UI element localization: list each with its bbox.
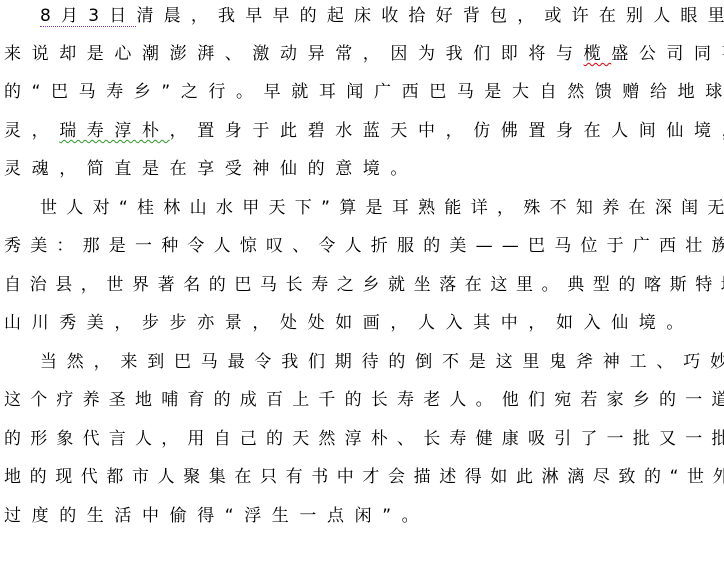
paragraph-1-line-1: 8月3日清晨，我早早的起床收拾好背包，或许在别人眼里这是平常的一天，但对我 [40,2,724,30]
text-run: 这个疗养圣地哺育的成百上千的长寿老人。他们宛若家乡的一道道风景线，又好似家乡 [4,390,724,410]
text-run: 清晨，我早早的起床收拾好背包，或许在别人眼里这是平常的一天，但对我 [136,6,724,26]
paragraph-3-line-4: 地的现代都市人聚集在只有书中才会描述得如此淋漓尽致的“世外桃源”，在繁华与喧嚣 [4,463,724,491]
text-run: 地的现代都市人聚集在只有书中才会描述得如此淋漓尽致的“世外桃源”，在繁华与喧嚣 [4,467,724,487]
text-run: 过度的生活中偷得“浮生一点闲”。 [4,506,429,526]
text-run: 的“巴马寿乡”之行。早就耳闻广西巴马是大自然馈赠给地球的美丽礼物，那里人杰地 [4,82,724,102]
paragraph-1-line-5: 灵魂，简直是在享受神仙的意境。 [4,155,418,183]
paragraph-2-line-2: 秀美：那是一种令人惊叹、令人折服的美——巴马位于广西壮族自治区西北部巴马瑶族 [4,232,724,260]
text-run: 山川秀美，步步亦景，处处如画，人入其中，如入仙境。 [4,313,694,333]
paragraph-3-line-3: 的形象代言人，用自己的天然淳朴、长寿健康吸引了一批又一批的游人来此，让世界各 [4,425,724,453]
paragraph-1-line-3: 的“巴马寿乡”之行。早就耳闻广西巴马是大自然馈赠给地球的美丽礼物，那里人杰地 [4,78,724,106]
text-run: ，置身于此碧水蓝天中，仿佛置身在人间仙境，既净化了心灵，又荡涤了 [170,121,724,141]
text-run: 灵， [4,121,59,141]
date-text-dotted-underline: 8月3日 [40,6,136,27]
text-run: 来说却是心潮澎湃、激动异常，因为我们即将与 [4,44,584,64]
text-run: 的形象代言人，用自己的天然淳朴、长寿健康吸引了一批又一批的游人来此，让世界各 [4,429,724,449]
paragraph-3-line-1: 当然，来到巴马最令我们期待的倒不是这里鬼斧神工、巧妙绝伦的自然风景，而是 [40,348,724,376]
text-run: 秀美：那是一种令人惊叹、令人折服的美——巴马位于广西壮族自治区西北部巴马瑶族 [4,236,724,256]
paragraph-3-line-5: 过度的生活中偷得“浮生一点闲”。 [4,502,429,530]
paragraph-3-line-2: 这个疗养圣地哺育的成百上千的长寿老人。他们宛若家乡的一道道风景线，又好似家乡 [4,386,724,414]
paragraph-2-line-1: 世人对“桂林山水甲天下”算是耳熟能详，殊不知养在深闺无人识的巴马是何等的 [40,194,724,222]
paragraph-1-line-4: 灵，瑞寿淳朴，置身于此碧水蓝天中，仿佛置身在人间仙境，既净化了心灵，又荡涤了 [4,117,724,145]
spellcheck-flagged-word[interactable]: 榄 [584,44,612,64]
text-run: 世人对“桂林山水甲天下”算是耳熟能详，殊不知养在深闺无人识的巴马是何等的 [40,198,724,218]
paragraph-2-line-4: 山川秀美，步步亦景，处处如画，人入其中，如入仙境。 [4,309,694,337]
text-run: 灵魂，简直是在享受神仙的意境。 [4,159,418,179]
text-run: 当然，来到巴马最令我们期待的倒不是这里鬼斧神工、巧妙绝伦的自然风景，而是 [40,352,724,372]
text-run: 盛公司同事及客户一起开始为期五天 [611,44,724,64]
grammar-flagged-phrase[interactable]: 瑞寿淳朴 [59,121,169,141]
paragraph-1-line-2: 来说却是心潮澎湃、激动异常，因为我们即将与榄盛公司同事及客户一起开始为期五天 [4,40,724,68]
paragraph-2-line-3: 自治县，世界著名的巴马长寿之乡就坐落在这里。典型的喀斯特地貌使得这里地形奇特， [4,271,724,299]
text-run: 自治县，世界著名的巴马长寿之乡就坐落在这里。典型的喀斯特地貌使得这里地形奇特， [4,275,724,295]
